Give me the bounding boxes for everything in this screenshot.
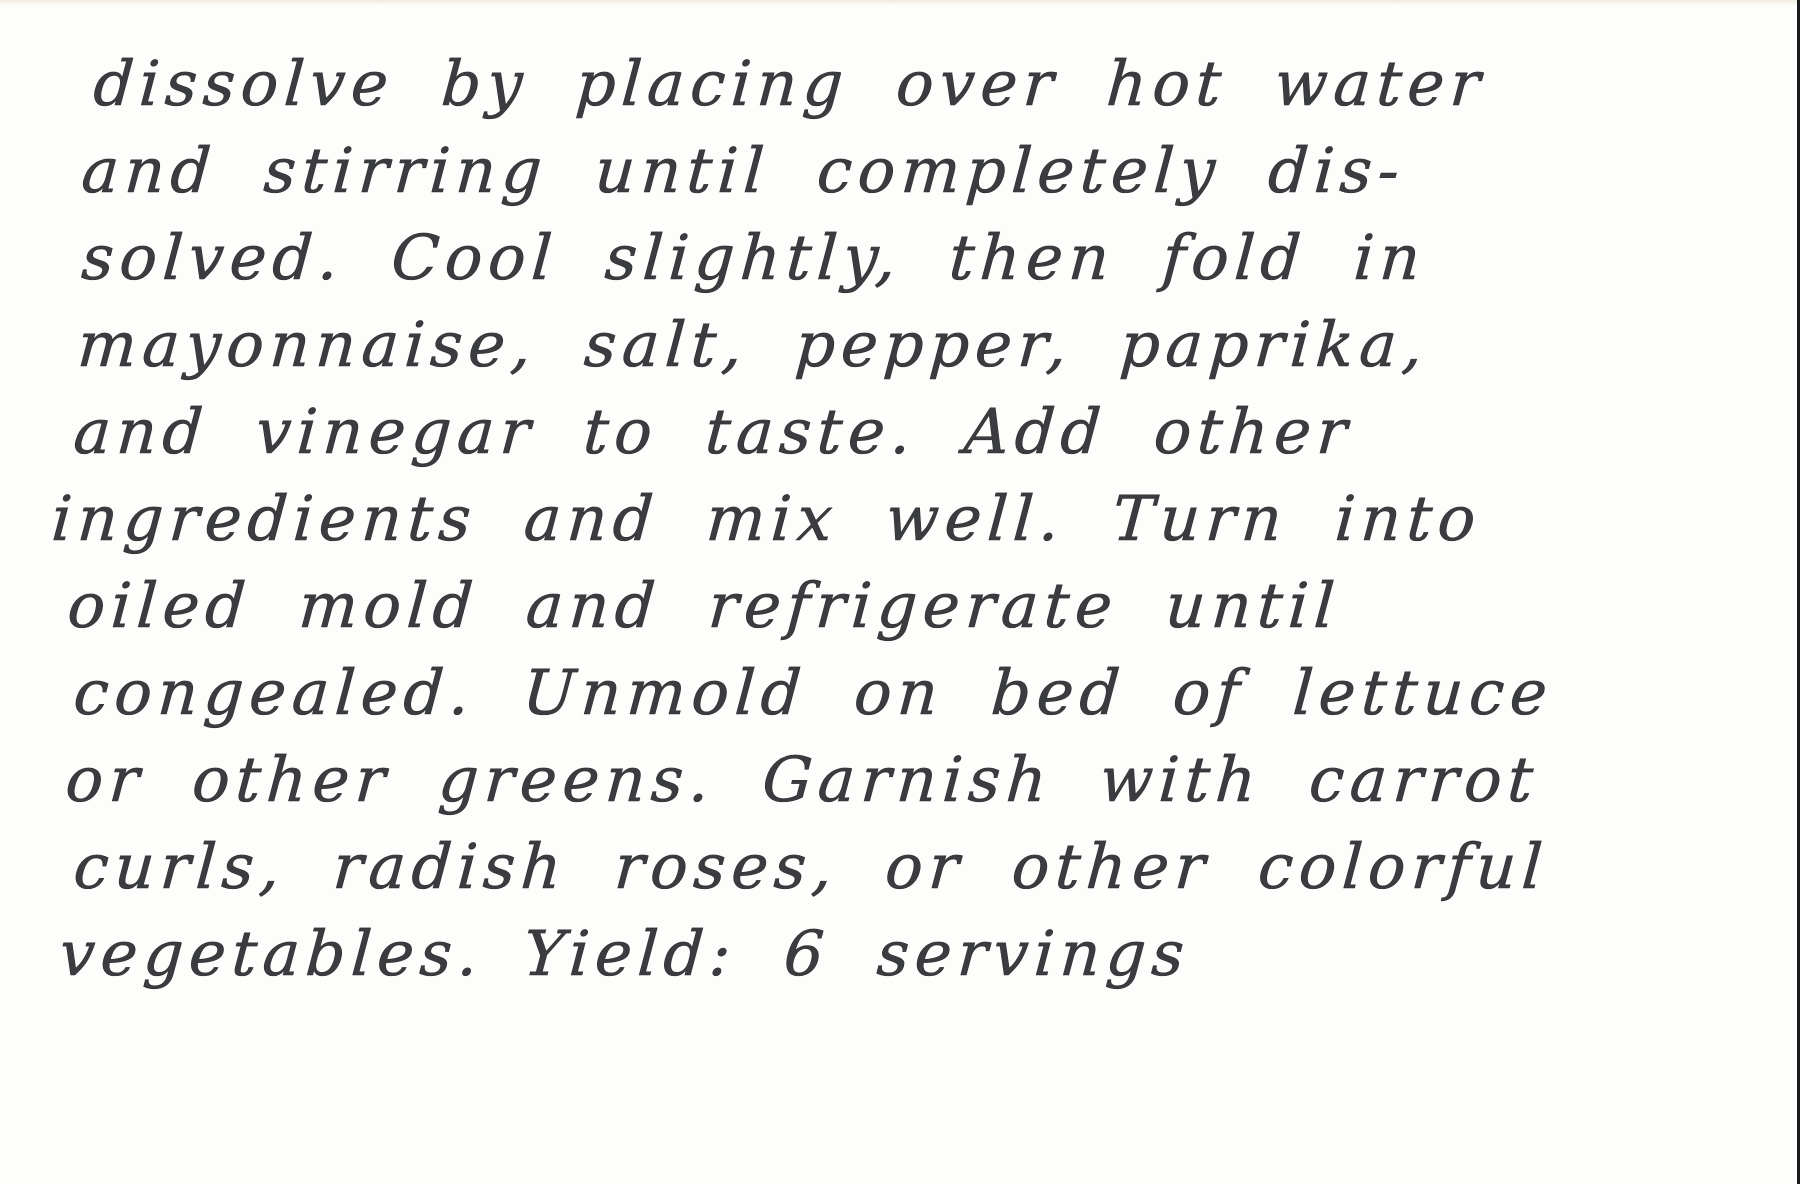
recipe-yield: Yield: 6 servings [521, 917, 1192, 990]
recipe-line: solved. Cool slightly, then fold in [49, 214, 1775, 301]
recipe-line: congealed. Unmold on bed of lettuce [49, 649, 1775, 736]
recipe-line: curls, radish roses, or other colorful [49, 823, 1775, 910]
recipe-card: dissolve by placing over hot water and s… [0, 0, 1800, 1184]
recipe-line: ingredients and mix well. Turn into [49, 475, 1775, 562]
recipe-line: mayonnaise, salt, pepper, paprika, [49, 301, 1775, 388]
recipe-line: dissolve by placing over hot water [49, 40, 1775, 127]
recipe-line: or other greens. Garnish with carrot [49, 736, 1775, 823]
recipe-line: and stirring until completely dis- [49, 127, 1775, 214]
recipe-line: oiled mold and refrigerate until [49, 562, 1775, 649]
recipe-line-end: vegetables. [57, 917, 486, 990]
recipe-instructions: dissolve by placing over hot water and s… [52, 40, 1772, 997]
recipe-line: and vinegar to taste. Add other [49, 388, 1775, 475]
recipe-line-final: vegetables.Yield: 6 servings [49, 910, 1775, 997]
